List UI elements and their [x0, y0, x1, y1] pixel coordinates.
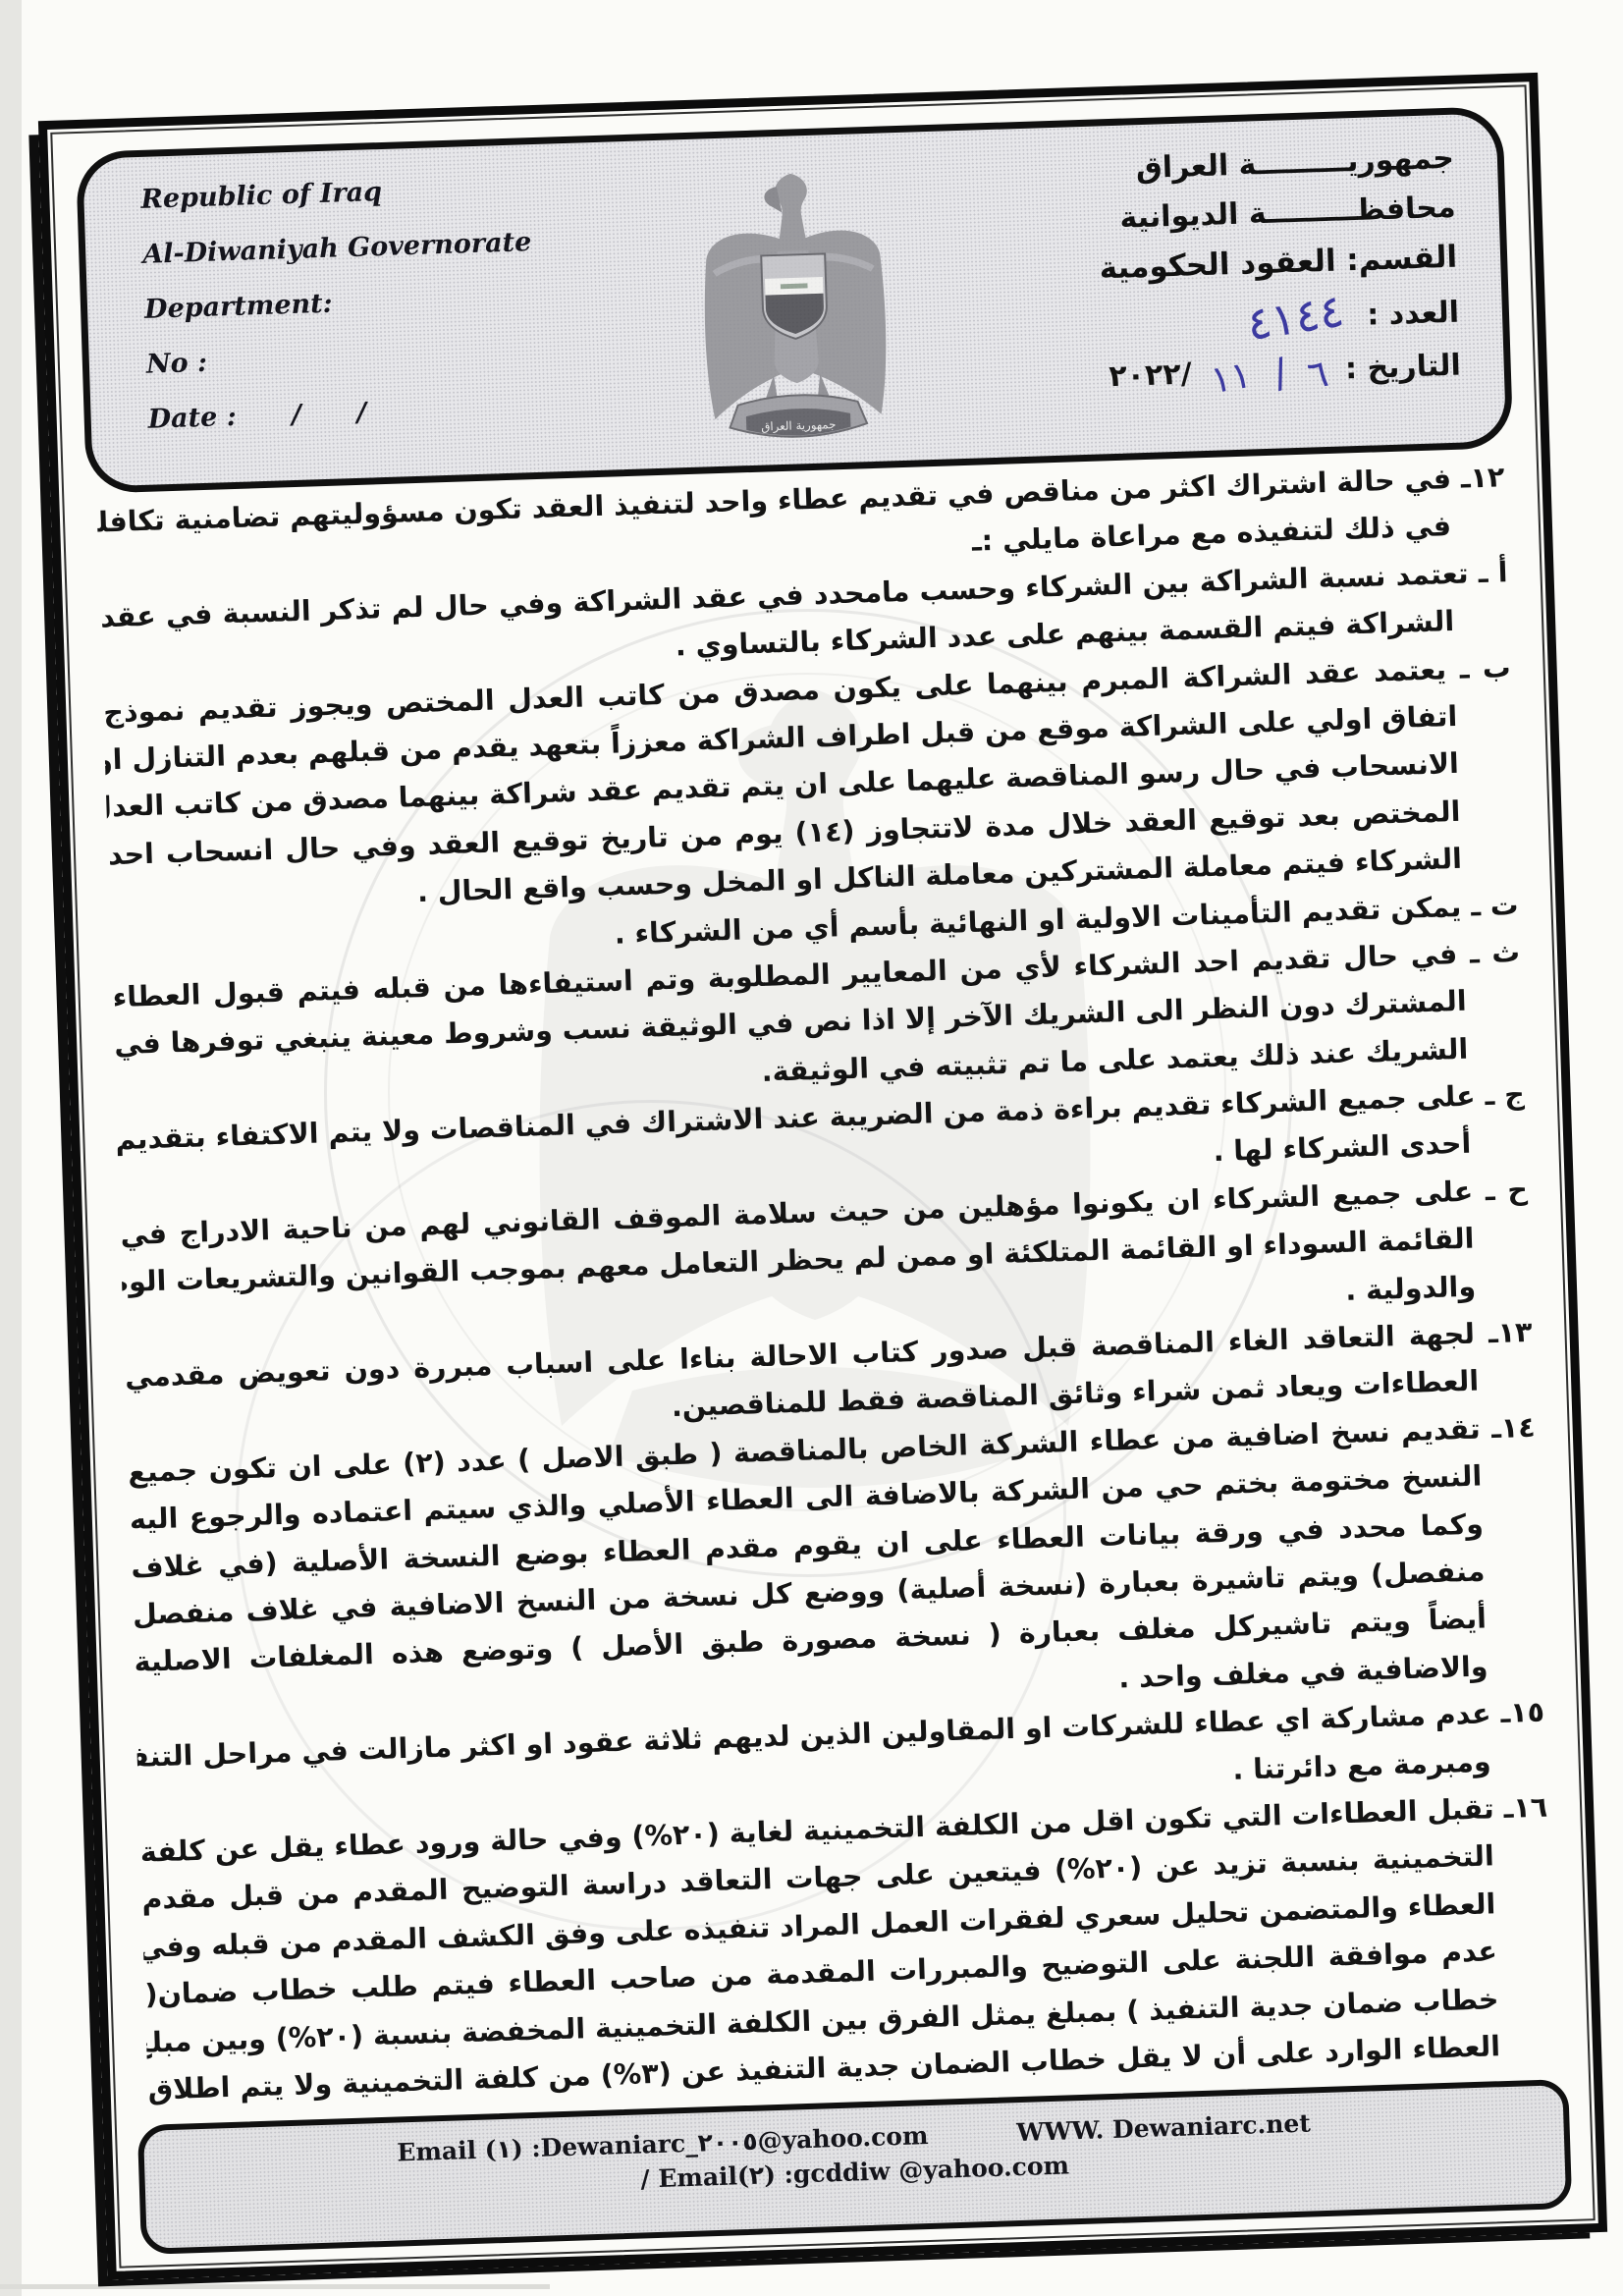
english-date-label: Date : / / — [147, 394, 537, 433]
document-frame: Republic of Iraq Al-Diwaniyah Governorat… — [38, 73, 1607, 2280]
handwritten-document-number: ٤١٤٤ — [1244, 286, 1347, 350]
scanned-document-page: Republic of Iraq Al-Diwaniyah Governorat… — [0, 0, 1623, 2296]
iraq-coat-of-arms-emblem: جمهورية العراق — [675, 158, 915, 456]
letterhead-arabic: جمهوريـــــــــة العراق محافظـــــــــة … — [1096, 135, 1462, 403]
english-department-label: Department: — [144, 284, 534, 323]
letterhead-english: Republic of Iraq Al-Diwaniyah Governorat… — [140, 174, 538, 462]
printed-date-year: /٢٠٢٢ — [1109, 356, 1192, 394]
body-text: ١٢ـ في حالة اشتراك اكثر من مناقص في تقدي… — [96, 454, 1555, 2114]
date-label: التاريخ : — [1345, 349, 1462, 387]
handwritten-date-day: ٦ — [1304, 349, 1332, 401]
english-country: Republic of Iraq — [140, 174, 530, 213]
document-date-line: التاريخ : ٦ / ١١ /٢٠٢٢ — [1102, 338, 1461, 403]
scan-edge-artifact — [0, 0, 22, 2296]
english-governorate: Al-Diwaniyah Governorate — [142, 229, 532, 268]
english-no-label: No : — [146, 339, 536, 378]
number-label: العدد : — [1367, 296, 1460, 333]
scan-edge-artifact-bottom — [0, 2284, 550, 2289]
handwritten-date-slash: / — [1267, 348, 1293, 399]
letterhead: Republic of Iraq Al-Diwaniyah Governorat… — [76, 106, 1513, 494]
handwritten-date-month: ١١ — [1207, 350, 1255, 405]
footer-website: WWW. Dewaniarc.net — [1016, 2108, 1311, 2147]
